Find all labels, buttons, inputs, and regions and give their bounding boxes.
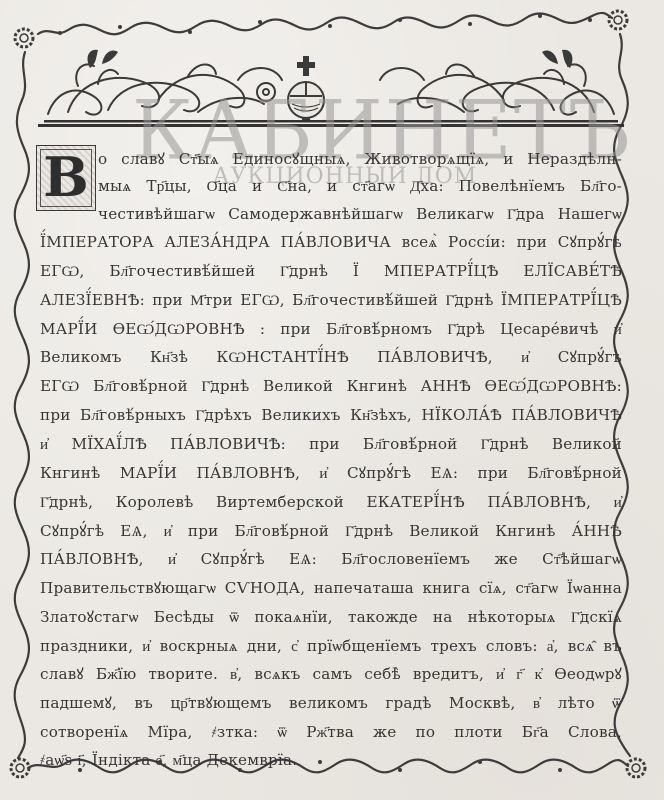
text-line: Ї́МПЕРАТОРА АЛЕЗА́НДРА ПА́ВЛОВИЧА всеѧ̀ … [40, 228, 622, 256]
text-line: Правительствꙋющагѡ СѴНОДА, напечаташа кн… [40, 574, 622, 602]
text-line: Кнгинѣ МАРЇ́И ПА́ВЛОВНѢ, и҆ Сꙋпрꙋ́гѣ ЕѦ:… [40, 459, 622, 487]
rosette-icon [15, 29, 33, 47]
text-line: ЕГѠ Бл҃говѣ́рной Г҃дрнѣ Великой Кнгинѣ А… [40, 372, 622, 400]
text-line: сотворенїѧ Мїра, ҂зтка: ѿ Рж҃тва же по п… [40, 718, 622, 746]
text-line: Г҃дрнѣ, Королевѣ Виртемберской ЕКАТЕРЇ́Н… [40, 488, 622, 516]
text-line: МАРЇ́И ѲЕѠ́ДѠРОВНѢ : при Бл҃говѣ́рномъ Г… [40, 315, 622, 343]
text-line: честивѣйшагѡ Самодержавнѣйшагѡ Великагѡ … [98, 200, 622, 228]
text-line: при Бл҃говѣ́рныхъ Г҃дрѣхъ Великихъ Кн҃зѣ… [40, 401, 622, 429]
text-line: Великомъ Кн҃зѣ КѠНСТАНТЇ́НѢ ПА́ВЛОВИЧѢ, … [40, 343, 622, 371]
text-line: ЕГѠ, Бл҃гочестивѣ́йшей Г҃дрнѣ Ї МПЕРАТРЇ… [40, 257, 622, 285]
text-line: Златоꙋстагѡ Бесѣды ѿ покаѧнїи, такожде н… [40, 603, 622, 631]
text-line: АЛЕЗЇ́ЕВНѢ: при М҃три ЕГѠ, Бл҃гочестивѣ́… [40, 286, 622, 314]
text-line: падшемꙋ, въ цр҃твꙋющемъ великомъ градѣ М… [40, 689, 622, 717]
drop-cap-letter: В [37, 148, 95, 206]
text-line: о славꙋ Ст҃ыѧ Единосꙋщныѧ, Животворѧщїѧ,… [98, 145, 622, 173]
text-line: славꙋ Бж҃їю творите. в҆, всѧкъ самъ себѣ… [40, 660, 622, 688]
text-line: мыѧ Тр҃цы, О҃ца и С҃на, и ст҃агѡ Д҃ха: П… [98, 172, 622, 200]
text-line: и҆ МЇХАЇ́ЛѢ ПА́ВЛОВИЧѢ: при Бл҃говѣ́рной… [40, 430, 622, 458]
text-line-last: ҂аѡ҃ѕ і҃, Їндікта е҃, м҃ца Декемврїа. [40, 746, 297, 774]
text-line: праздники, и҆ воскрныѧ дни, с҆ прїѡбщенї… [40, 632, 622, 660]
text-line: Сꙋпрꙋ́гѣ ЕѦ, и҆ при Бл҃говѣ́рной Г҃дрнѣ … [40, 517, 622, 545]
text-line: ПА́ВЛОВНѢ, и҆ Сꙋпрꙋ́гѣ ЕѦ: Бл҃гословенїе… [40, 545, 622, 573]
drop-cap: В [36, 145, 96, 211]
